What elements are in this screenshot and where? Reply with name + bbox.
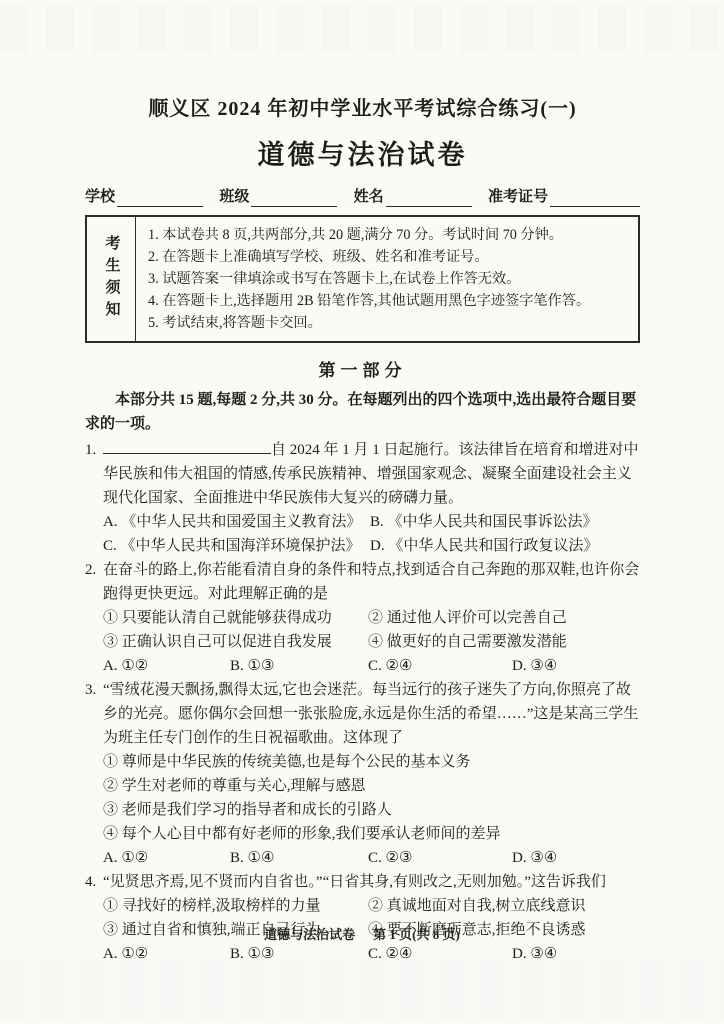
student-info-row: 学校 班级 姓名 准考证号 [85, 187, 640, 207]
answer-row: A. ①② B. ①④ C. ②③ D. ③④ [103, 846, 640, 870]
class-field: 班级 [219, 187, 337, 207]
answer-a: A. ①② [103, 654, 230, 678]
school-field: 学校 [85, 187, 203, 207]
subject-title: 道德与法治试卷 [85, 133, 640, 172]
school-blank [117, 192, 203, 207]
question-1: 1. 自 2024 年 1 月 1 日起施行。该法律旨在培育和增进对中华民族和伟… [85, 438, 640, 558]
notice-list: 1. 本试卷共 8 页,共两部分,共 20 题,满分 70 分。考试时间 70 … [136, 217, 638, 341]
name-label: 姓名 [354, 189, 384, 205]
answer-d: D. ③④ [512, 654, 640, 678]
footer-page-number: 第 1 页(共 8 页) [373, 927, 460, 942]
page-footer: 道德与法治试卷第 1 页(共 8 页) [0, 924, 724, 943]
statement-row: ① 寻找好的榜样,汲取榜样的力量 ② 真诚地面对自我,树立底线意识 [103, 894, 640, 918]
part1-heading: 第一部分 [85, 356, 640, 381]
statement-3: ③ 正确认识自己可以促进自我发展 [103, 630, 368, 654]
name-blank [386, 192, 472, 207]
footer-doc-name: 道德与法治试卷 [264, 927, 355, 942]
notice-item: 4. 在答题卡上,选择题用 2B 铅笔作答,其他试题用黑色字迹签字笔作答。 [148, 290, 630, 312]
answer-b: B. ①③ [230, 942, 368, 966]
exam-id-field: 准考证号 [488, 187, 640, 207]
statement-2: ② 学生对老师的尊重与关心,理解与感恩 [103, 774, 640, 798]
answer-row: A. ①② B. ①③ C. ②④ D. ③④ [103, 654, 640, 678]
question-stem: 自 2024 年 1 月 1 日起施行。该法律旨在培育和增进对中华民族和伟大祖国… [103, 438, 640, 510]
notice-item: 5. 考试结束,将答题卡交回。 [148, 312, 630, 334]
notice-item: 3. 试题答案一律填涂或书写在答题卡上,在试卷上作答无效。 [148, 268, 630, 290]
question-4: 4. “见贤思齐焉,见不贤而内自省也。”“日省其身,有则改之,无则加勉。”这告诉… [85, 870, 640, 966]
class-blank [251, 192, 337, 207]
answer-c: C. ②③ [368, 846, 512, 870]
scan-ghost-artifact [0, 960, 724, 1020]
question-stem: 在奋斗的路上,你若能看清自身的条件和特点,找到适合自己奔跑的那双鞋,也许你会跑得… [103, 558, 640, 606]
answer-a: A. ①② [103, 846, 230, 870]
answer-c: C. ②④ [368, 654, 512, 678]
answer-b: B. ①④ [230, 846, 368, 870]
choice-a: A. 《中华人民共和国爱国主义教育法》 [103, 510, 370, 534]
question-3: 3. “雪绒花漫天飘扬,飘得太远,它也会迷茫。每当远行的孩子迷失了方向,你照亮了… [85, 678, 640, 870]
page-content: 顺义区 2024 年初中学业水平考试综合练习(一) 道德与法治试卷 学校 班级 … [85, 0, 640, 966]
statement-4: ④ 每个人心目中都有好老师的形象,我们要承认老师间的差异 [103, 822, 640, 846]
part1-intro: 本部分共 15 题,每题 2 分,共 30 分。在每题列出的四个选项中,选出最符… [85, 388, 640, 436]
question-number: 2. [85, 558, 96, 582]
statement-2: ② 真诚地面对自我,树立底线意识 [368, 894, 640, 918]
exam-id-blank [550, 192, 640, 207]
question-2: 2. 在奋斗的路上,你若能看清自身的条件和特点,找到适合自己奔跑的那双鞋,也许你… [85, 558, 640, 678]
statement-1: ① 只要能认清自己就能够获得成功 [103, 606, 368, 630]
answer-row: A. ①② B. ①③ C. ②④ D. ③④ [103, 942, 640, 966]
statement-3: ③ 老师是我们学习的指导者和成长的引路人 [103, 798, 640, 822]
choice-b: B. 《中华人民共和国民事诉讼法》 [370, 510, 640, 534]
answer-b: B. ①③ [230, 654, 368, 678]
choice-row: C. 《中华人民共和国海洋环境保护法》 D. 《中华人民共和国行政复议法》 [103, 534, 640, 558]
question-number: 4. [85, 870, 96, 894]
choice-c: C. 《中华人民共和国海洋环境保护法》 [103, 534, 370, 558]
question-number: 1. [85, 438, 96, 462]
exam-id-label: 准考证号 [488, 189, 548, 205]
choice-row: A. 《中华人民共和国爱国主义教育法》 B. 《中华人民共和国民事诉讼法》 [103, 510, 640, 534]
exam-session-title: 顺义区 2024 年初中学业水平考试综合练习(一) [85, 92, 640, 121]
candidate-notice-box: 考生须知 1. 本试卷共 8 页,共两部分,共 20 题,满分 70 分。考试时… [85, 215, 640, 343]
question-stem: “见贤思齐焉,见不贤而内自省也。”“日省其身,有则改之,无则加勉。”这告诉我们 [103, 870, 640, 894]
answer-d: D. ③④ [512, 942, 640, 966]
answer-d: D. ③④ [512, 846, 640, 870]
statement-row: ① 只要能认清自己就能够获得成功 ② 通过他人评价可以完善自己 [103, 606, 640, 630]
school-label: 学校 [85, 189, 115, 205]
notice-side-label: 考生须知 [87, 217, 136, 341]
statement-1: ① 寻找好的榜样,汲取榜样的力量 [103, 894, 368, 918]
answer-a: A. ①② [103, 942, 230, 966]
fill-in-blank [103, 439, 271, 454]
name-field: 姓名 [354, 187, 472, 207]
notice-item: 2. 在答题卡上准确填写学校、班级、姓名和准考证号。 [148, 246, 630, 268]
choice-d: D. 《中华人民共和国行政复议法》 [370, 534, 640, 558]
exam-paper-page: 顺义区 2024 年初中学业水平考试综合练习(一) 道德与法治试卷 学校 班级 … [0, 0, 724, 1024]
statement-row: ③ 正确认识自己可以促进自我发展 ④ 做更好的自己需要激发潜能 [103, 630, 640, 654]
statement-1: ① 尊师是中华民族的传统美德,也是每个公民的基本义务 [103, 750, 640, 774]
question-number: 3. [85, 678, 96, 702]
answer-c: C. ②④ [368, 942, 512, 966]
class-label: 班级 [219, 189, 249, 205]
statement-4: ④ 做更好的自己需要激发潜能 [368, 630, 640, 654]
notice-item: 1. 本试卷共 8 页,共两部分,共 20 题,满分 70 分。考试时间 70 … [148, 224, 630, 246]
question-stem: “雪绒花漫天飘扬,飘得太远,它也会迷茫。每当远行的孩子迷失了方向,你照亮了故乡的… [103, 678, 640, 750]
statement-2: ② 通过他人评价可以完善自己 [368, 606, 640, 630]
